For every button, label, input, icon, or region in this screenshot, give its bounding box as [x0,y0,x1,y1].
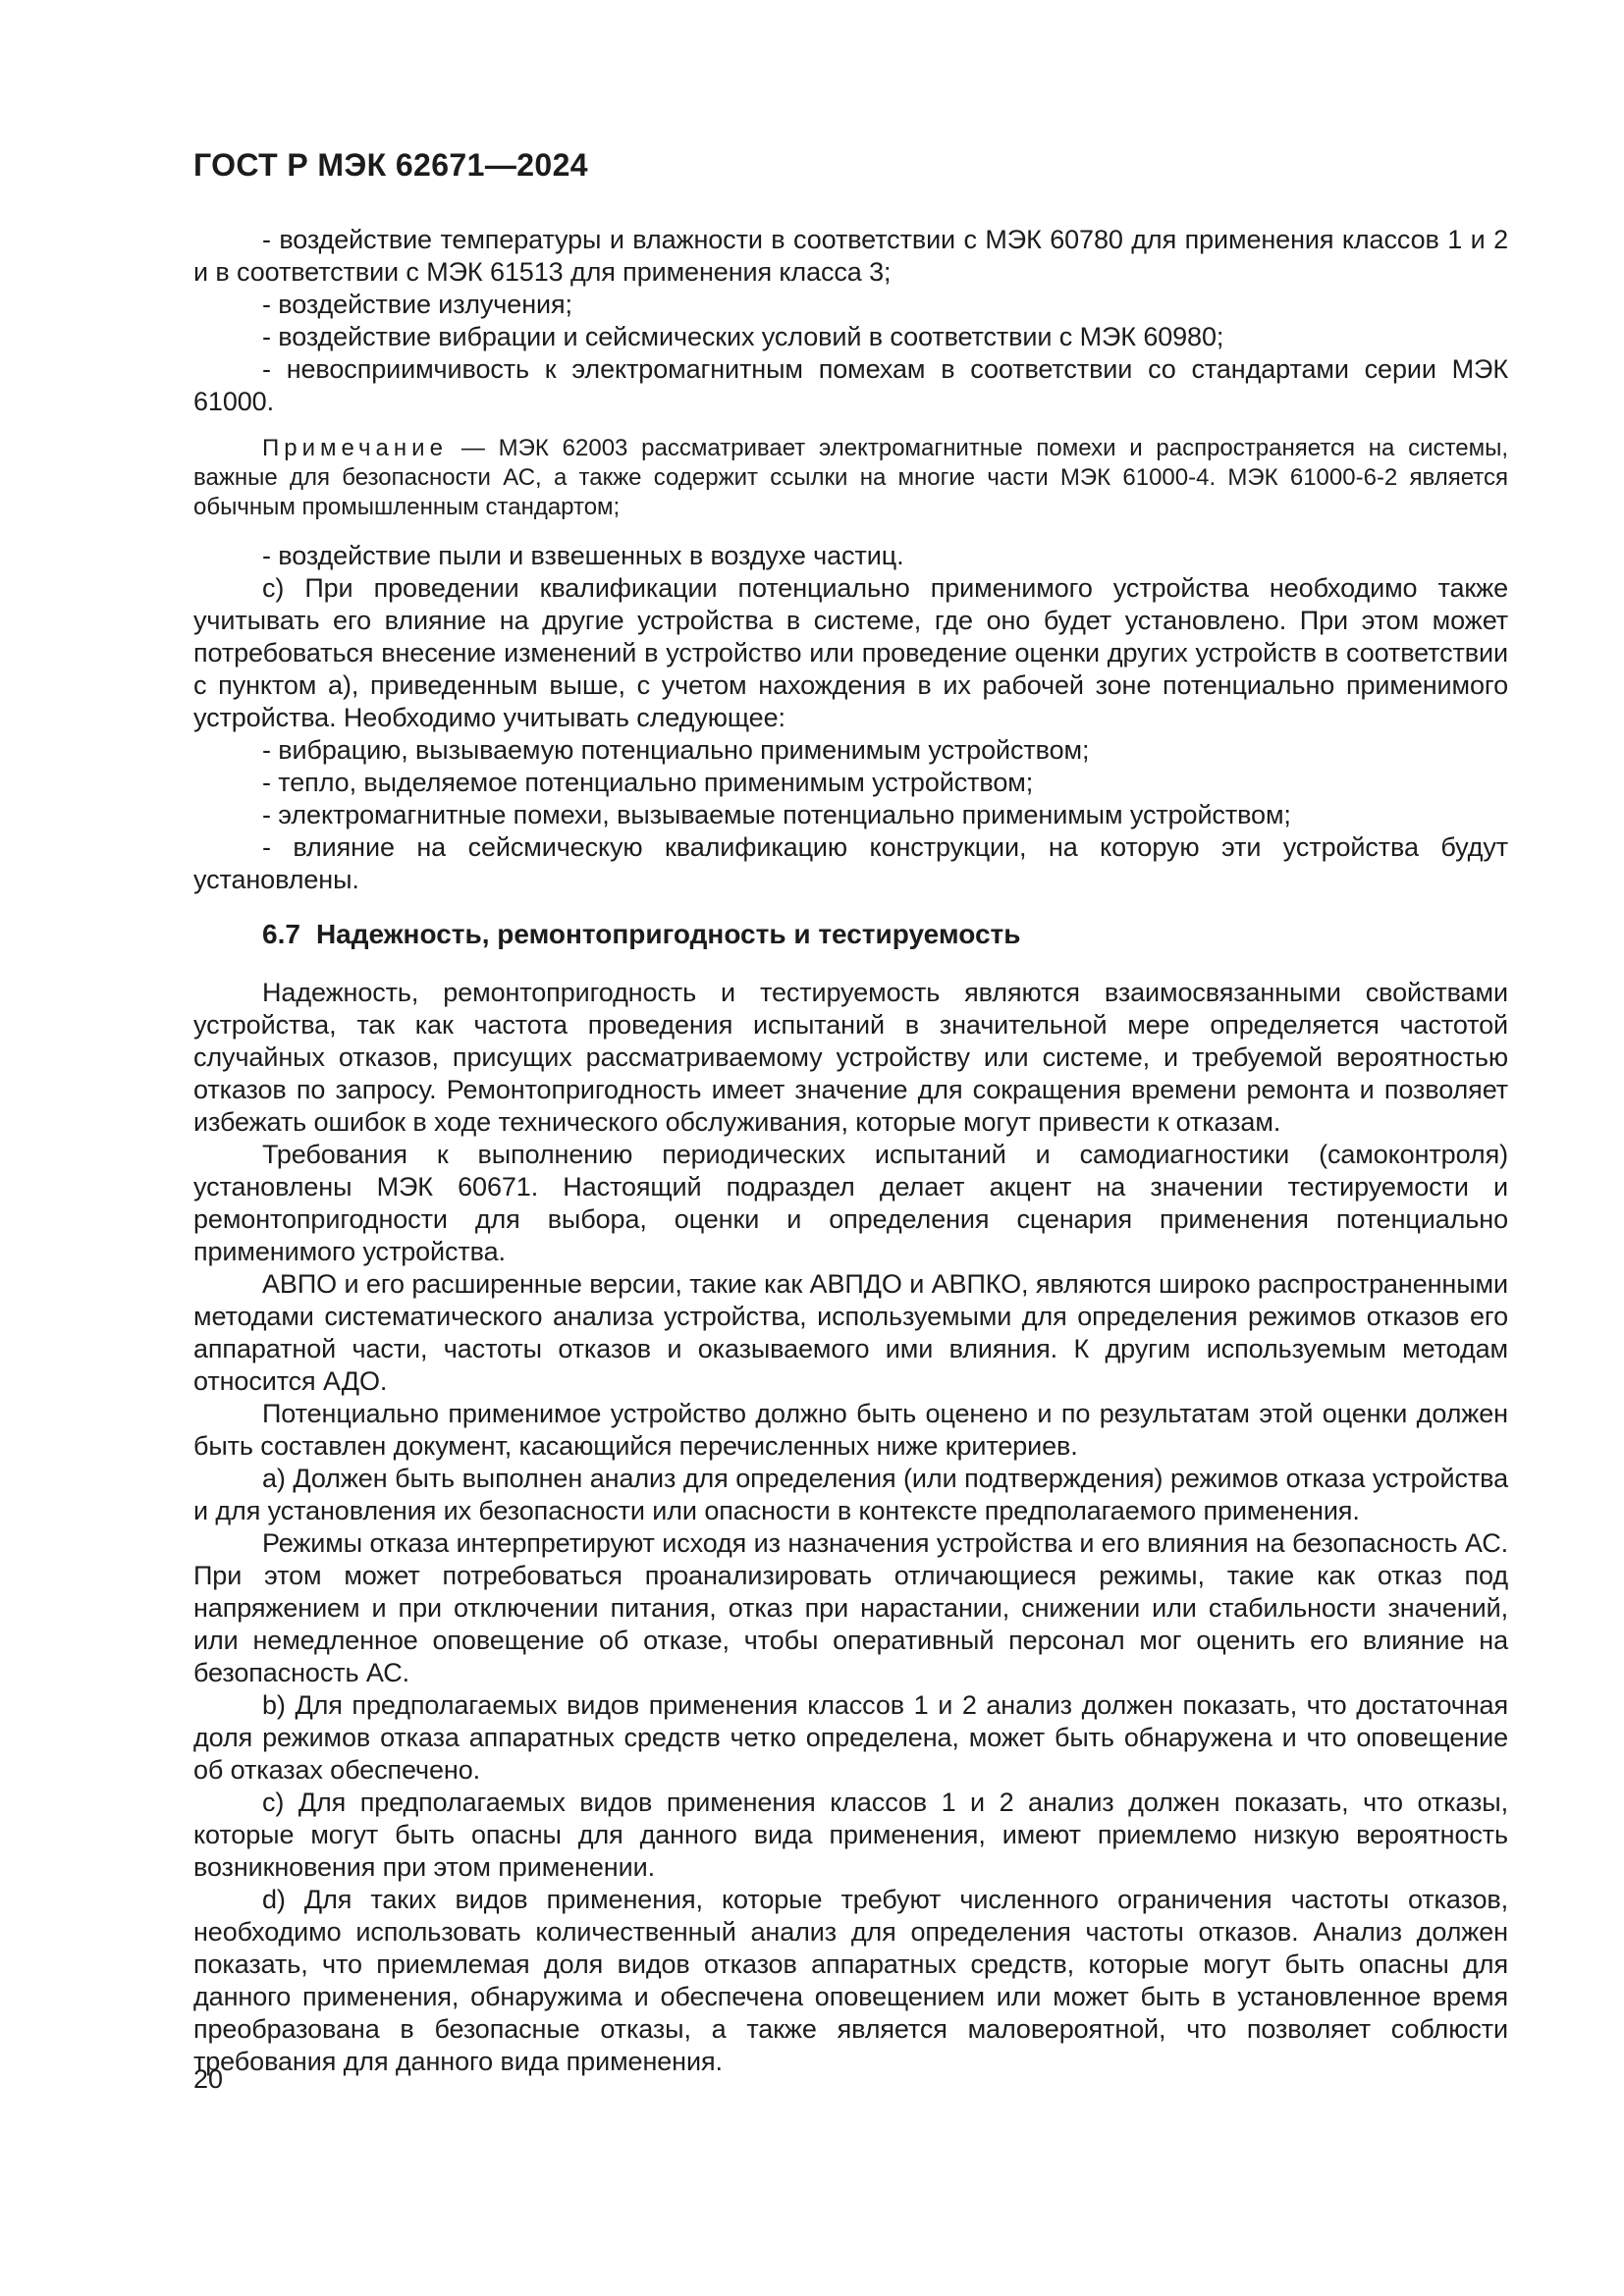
list-item-emi: - электромагнитные помехи, вызываемые по… [193,799,1508,831]
running-header: ГОСТ Р МЭК 62671—2024 [193,147,1508,183]
paragraph: Режимы отказа интерпретируют исходя из н… [193,1527,1508,1689]
text-column: ГОСТ Р МЭК 62671—2024 - воздействие темп… [193,147,1508,2078]
paragraph: Потенциально применимое устройство должн… [193,1398,1508,1463]
paragraph-item-b: b) Для предполагаемых видов применения к… [193,1689,1508,1787]
paragraph-item-c2: c) Для предполагаемых видов применения к… [193,1787,1508,1884]
section-heading: 6.7Надежность, ремонтопригодность и тест… [193,918,1508,951]
paragraph: Требования к выполнению периодических ис… [193,1139,1508,1268]
document-page: ГОСТ Р МЭК 62671—2024 - воздействие темп… [0,0,1624,2296]
paragraph: АВПО и его расширенные версии, такие как… [193,1268,1508,1398]
paragraph-item-d: d) Для таких видов применения, которые т… [193,1884,1508,2078]
list-item-heat: - тепло, выделяемое потенциально примени… [193,767,1508,799]
list-item-dust: - воздействие пыли и взвешенных в воздух… [193,540,1508,572]
paragraph: Надежность, ремонтопригодность и тестиру… [193,977,1508,1139]
note-label: Примечание [262,435,448,461]
section-number: 6.7 [262,919,300,949]
list-item-radiation: - воздействие излучения; [193,289,1508,321]
note: Примечание— МЭК 62003 рассматривает элек… [193,434,1508,522]
paragraph-item-c: c) При проведении квалификации потенциал… [193,572,1508,734]
list-item-temperature: - воздействие температуры и влажности в … [193,224,1508,289]
list-item-vibration: - воздействие вибрации и сейсмических ус… [193,321,1508,353]
paragraph-item-a: a) Должен быть выполнен анализ для опред… [193,1463,1508,1527]
list-item-seismic: - влияние на сейсмическую квалификацию к… [193,831,1508,896]
page-number: 20 [193,2063,223,2096]
list-item-induced-vibration: - вибрацию, вызываемую потенциально прим… [193,734,1508,767]
list-item-emc: - невосприимчивость к электромагнитным п… [193,353,1508,418]
section-title: Надежность, ремонтопригодность и тестиру… [316,919,1021,949]
